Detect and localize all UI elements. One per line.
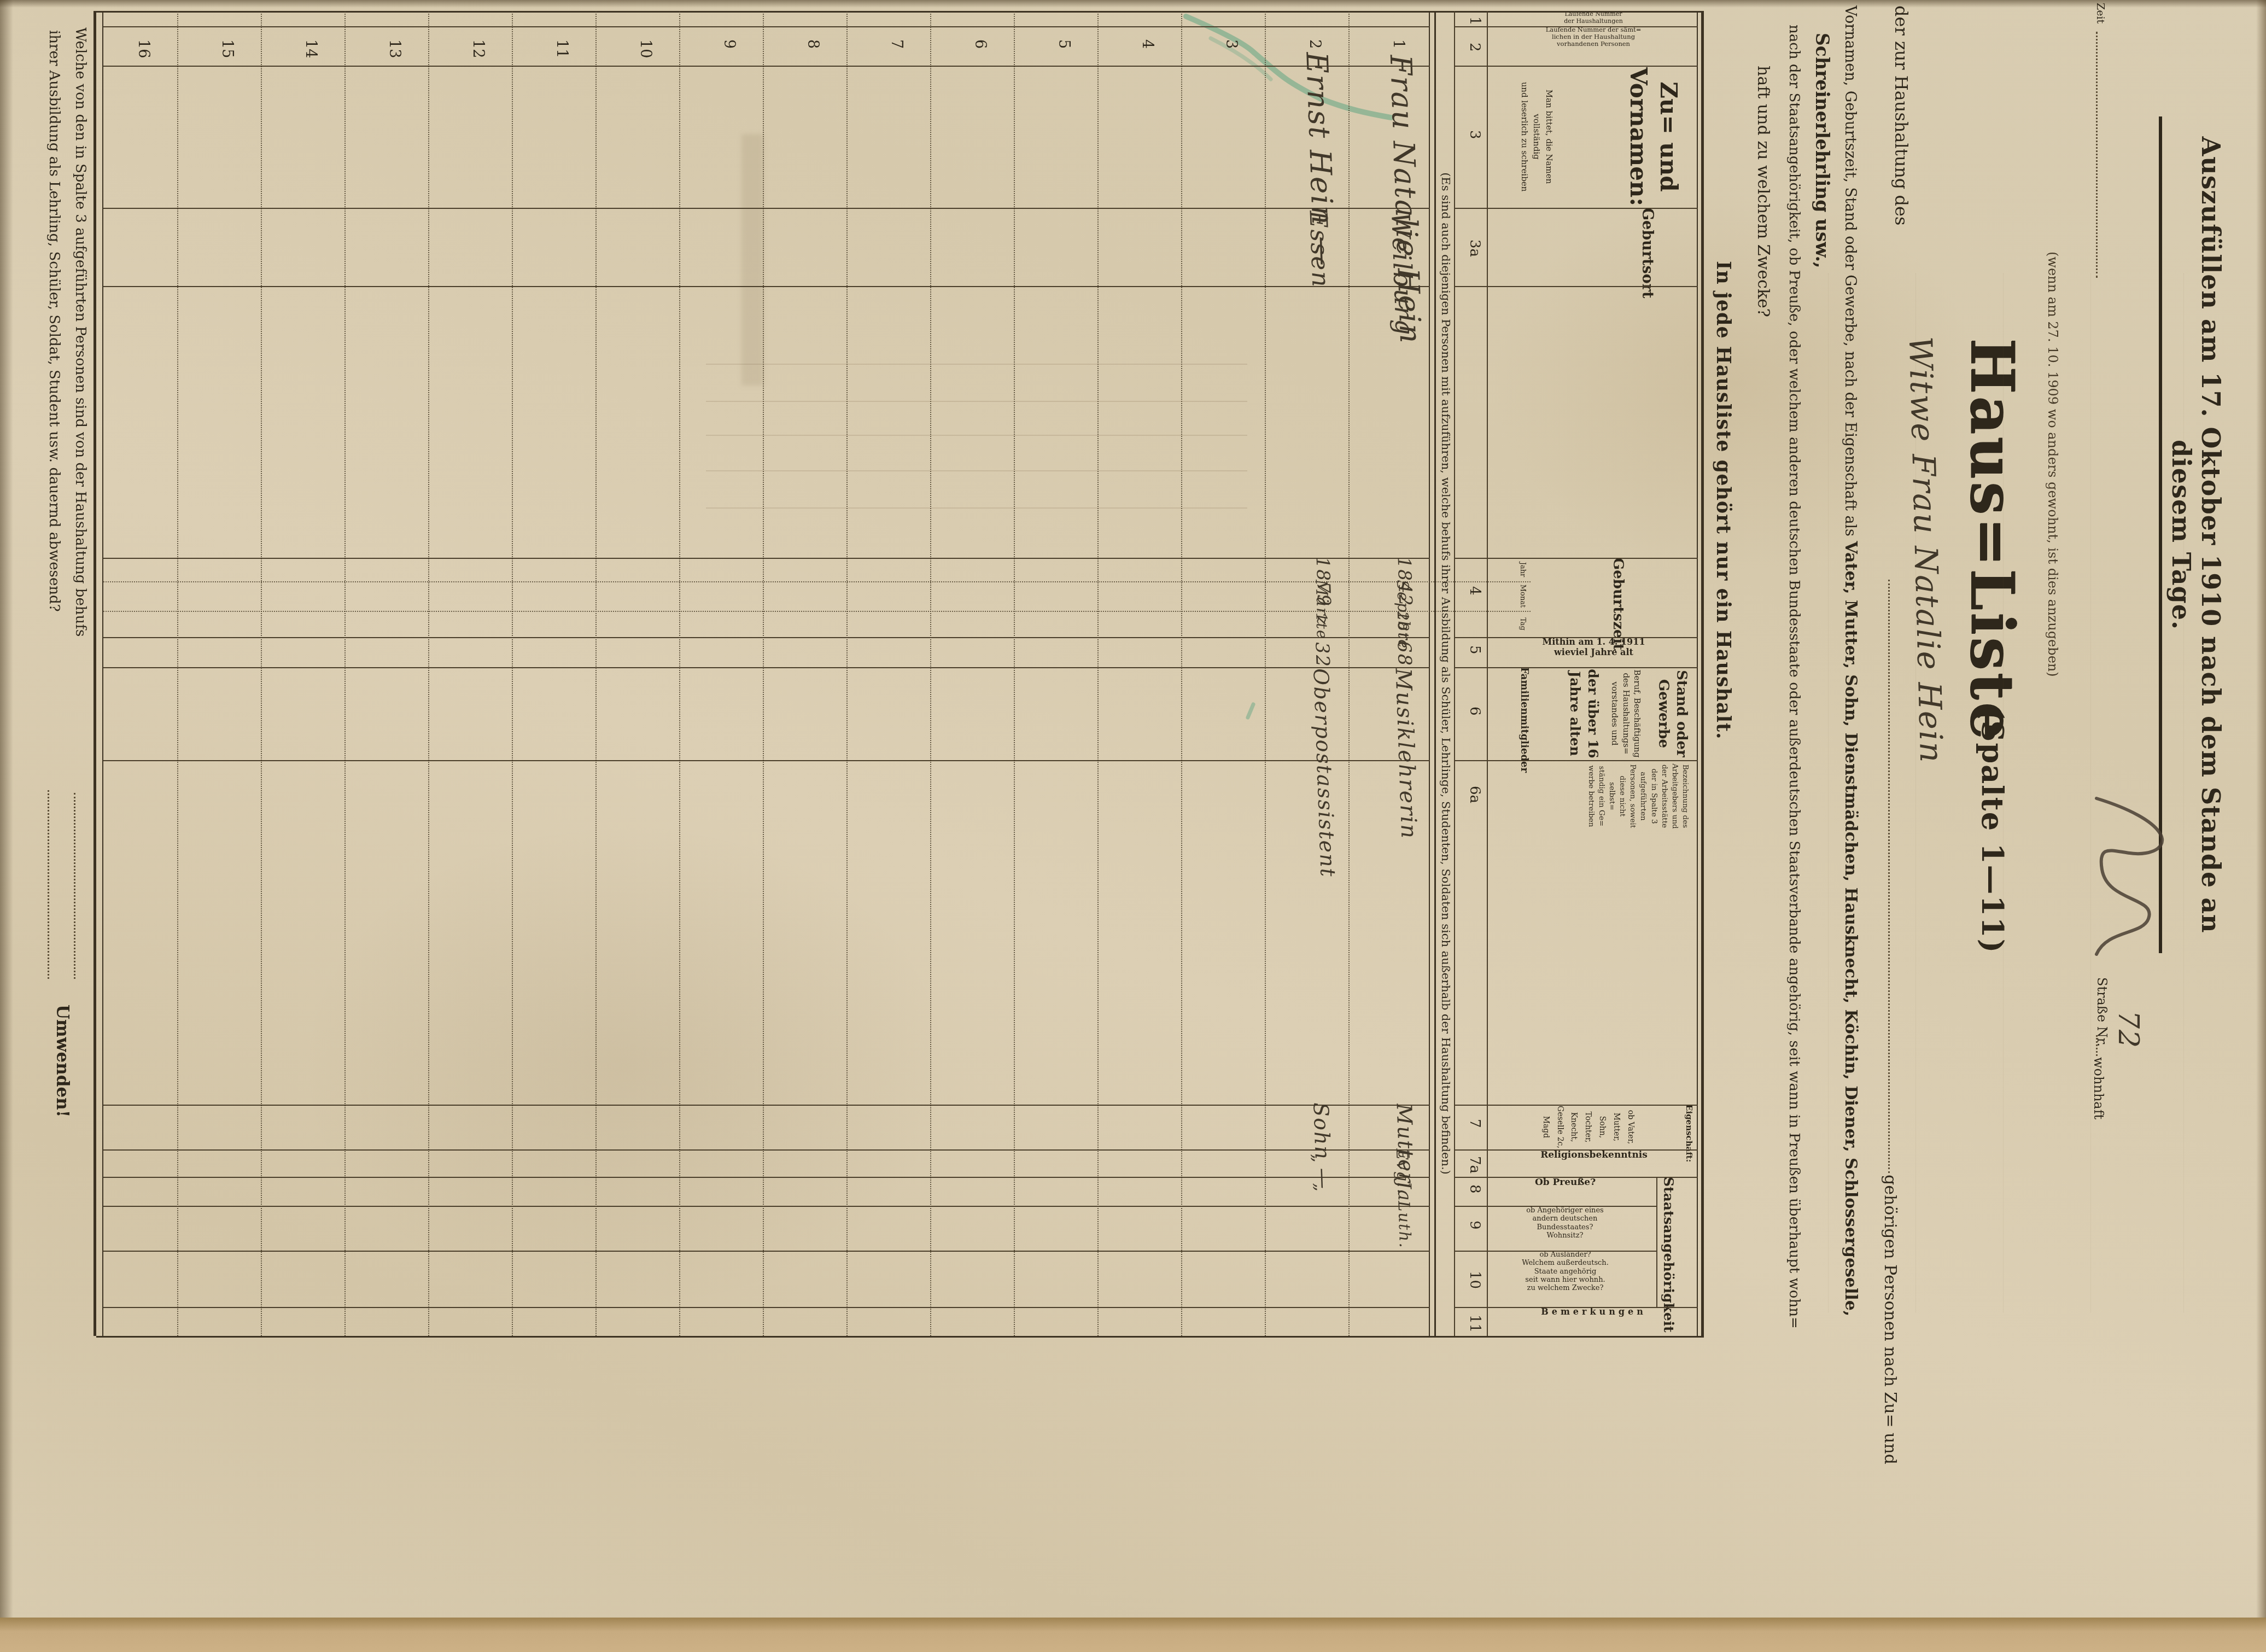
table-grid-line (1915, 273, 1916, 1312)
table-grid-line (1455, 26, 1698, 27)
table-grid-line (1455, 1149, 1698, 1151)
table-grid-line (1455, 66, 1698, 67)
column-number: 2 (1467, 43, 1483, 52)
table-grid-line (679, 11, 680, 1336)
row-number: 12 (470, 39, 487, 58)
table-grid-line (1455, 1307, 1698, 1308)
table-grid-line (1434, 11, 1436, 1336)
table-grid-line (103, 667, 1430, 668)
page-edge-shadow-bottom (0, 0, 13, 1652)
table-grid-line (1455, 1105, 1698, 1106)
column-number: 4 (1467, 586, 1483, 596)
table-grid-line (177, 11, 178, 1336)
table-grid-line (1455, 667, 1698, 668)
row-number: 9 (721, 39, 738, 49)
handwritten-entry: „ (1311, 1182, 1330, 1193)
table-grid-line (1097, 11, 1099, 1336)
table-grid-line (96, 1336, 1704, 1338)
table-grid-line (2003, 273, 2004, 1312)
row-number: 4 (1139, 39, 1156, 49)
column-number: 11 (1467, 1315, 1483, 1333)
column-number: 6a (1467, 786, 1483, 803)
table-grid-line (103, 760, 1430, 761)
table-grid-line (103, 1307, 1430, 1308)
table-grid-line (1454, 11, 1455, 1336)
column-number: 8 (1467, 1184, 1483, 1194)
column-number: 3a (1467, 240, 1483, 257)
row-number: 10 (637, 39, 654, 58)
handwritten-entry: 68 (1393, 640, 1416, 667)
handwritten-entry: Weilburg (1386, 212, 1420, 336)
row-number: 13 (386, 39, 403, 58)
table-grid-line (103, 1206, 1430, 1207)
table-grid-line (706, 470, 1247, 471)
table-grid-line (103, 558, 1430, 559)
column-number: 9 (1467, 1221, 1483, 1230)
table-grid-line (103, 1251, 1430, 1252)
table-grid-line (706, 435, 1247, 436)
table-grid-line (103, 637, 1430, 638)
table-grid-line (2183, 273, 2184, 1312)
handwritten-entry: 32 (1311, 641, 1334, 668)
table-grid-line (706, 364, 1247, 365)
hausliste-form-page: Auszufüllen am 17. Oktober 1910 nach dem… (0, 0, 2266, 1652)
backing-page-edge (0, 1618, 2266, 1652)
handwritten-entry: Essen (1304, 210, 1335, 288)
table-grid-line (930, 11, 931, 1336)
table-grid-line (512, 11, 513, 1336)
table-grid-line (1455, 1177, 1698, 1178)
handwritten-entry: Sohn — (1309, 1102, 1336, 1190)
table-grid-line (1697, 11, 1698, 1336)
table-grid-line (1656, 1177, 1657, 1307)
table-grid-line (103, 1177, 1430, 1178)
column-number: 3 (1467, 130, 1483, 139)
table-grid-line (1487, 11, 1488, 1336)
row-number: 1 (1390, 39, 1407, 49)
table-grid-line (102, 11, 103, 1336)
table-grid-line (96, 11, 1704, 13)
handwritten-entry: Ja (1393, 1181, 1415, 1202)
row-number: 3 (1223, 39, 1240, 49)
table-grid-line (94, 11, 96, 1336)
table-grid-line (103, 26, 1430, 27)
table-grid-line (1701, 11, 1704, 1336)
table-grid-line (1455, 558, 1698, 559)
table-grid-line (1455, 760, 1698, 761)
table-grid-line (846, 11, 848, 1336)
handwritten-entry: 1te (1312, 612, 1330, 640)
column-number: 6 (1467, 707, 1483, 716)
table-grid-line (103, 286, 1430, 287)
table-grid-line (763, 11, 764, 1336)
row-number: 5 (1055, 39, 1072, 49)
table-grid-line (706, 401, 1247, 402)
table-grid-line (1014, 11, 1015, 1336)
table-grid-line (1429, 11, 1430, 1336)
handwritten-entry: „ (1309, 1153, 1328, 1164)
table-grid-line (103, 66, 1430, 67)
column-number: 1 (1467, 16, 1483, 26)
table-grid-line (103, 1149, 1430, 1151)
table-grid-line (595, 11, 597, 1336)
row-number: 7 (888, 39, 905, 49)
table-grid-line (1455, 637, 1698, 638)
table-grid-line (2090, 273, 2091, 1312)
page-edge-shadow-left (0, 0, 2266, 8)
scanned-census-sheet: Auszufüllen am 17. Oktober 1910 nach dem… (0, 0, 2266, 1652)
table-grid-line (1181, 11, 1182, 1336)
column-number: 10 (1467, 1271, 1483, 1289)
table-grid-line (1455, 286, 1698, 287)
table-grid-line (1265, 11, 1266, 1336)
green-pencil-marks (0, 0, 2266, 1652)
column-number: 7a (1467, 1156, 1483, 1174)
row-number: 2 (1306, 39, 1323, 49)
row-number: 6 (972, 39, 989, 49)
row-number: 16 (135, 39, 152, 58)
table-grid-line (1455, 208, 1698, 209)
page-edge-shadow-top (2256, 0, 2266, 1652)
table-grid-line (1828, 273, 1829, 1312)
table-grid-line (344, 11, 346, 1336)
table-grid-line (103, 208, 1430, 209)
table-grid-line (103, 1105, 1430, 1106)
table-grid-line (261, 11, 262, 1336)
table-grid-line (1455, 1206, 1656, 1207)
row-number: 14 (302, 39, 319, 58)
column-number: 7 (1467, 1119, 1483, 1128)
table-grid-line (706, 507, 1247, 509)
row-number: 8 (804, 39, 821, 49)
row-number: 11 (553, 39, 570, 58)
column-number: 5 (1467, 645, 1483, 655)
row-number: 15 (219, 39, 236, 58)
table-grid-line (1455, 1251, 1656, 1252)
table-grid-line (1348, 11, 1350, 1336)
table-grid-line (428, 11, 429, 1336)
